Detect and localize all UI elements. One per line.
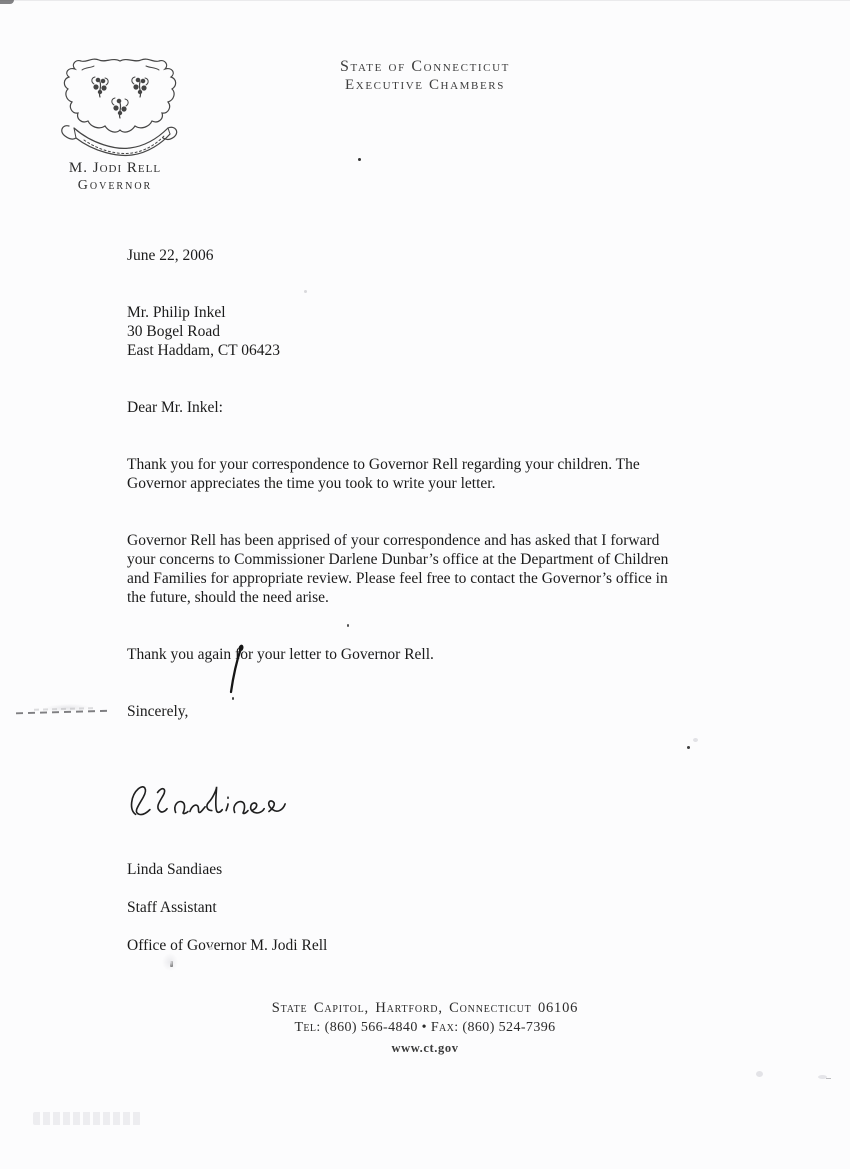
letter-body: June 22, 2006 Mr. Philip Inkel 30 Bogel …: [127, 227, 767, 974]
governor-title: Governor: [25, 178, 205, 194]
faint-watermark-artifact: [33, 1112, 141, 1125]
scan-speck: [693, 738, 698, 742]
scan-speck: [756, 1071, 763, 1077]
letter-date: June 22, 2006: [127, 246, 767, 265]
footer-website: www.ct.gov: [0, 1041, 850, 1056]
closing: Sincerely,: [127, 702, 767, 721]
pen-slash-artifact: [226, 640, 248, 698]
scan-speck: [162, 953, 178, 971]
handwritten-signature: [124, 782, 292, 822]
recipient-address: Mr. Philip Inkel 30 Bogel Road East Hadd…: [127, 303, 767, 360]
scan-corner-artifact: [0, 0, 14, 4]
scan-speck: [826, 1078, 831, 1079]
scan-speck: [304, 290, 307, 293]
letterhead-official: M. Jodi Rell Governor: [25, 160, 205, 194]
signer-office: Office of Governor M. Jodi Rell: [127, 936, 767, 955]
scan-speck: [687, 746, 690, 749]
paragraph-3: Thank you again for your letter to Gover…: [127, 645, 767, 664]
letterhead-state-line: State of Connecticut: [0, 58, 850, 76]
scan-speck: [232, 697, 234, 700]
paragraph-1: Thank you for your correspondence to Gov…: [127, 455, 767, 493]
scan-speck: [209, 947, 213, 950]
footer-phone: Tel: (860) 566-4840 • Fax: (860) 524-739…: [0, 1020, 850, 1036]
letterhead-chambers-line: Executive Chambers: [0, 77, 850, 94]
scan-speck: [347, 624, 349, 627]
scan-speck: [358, 158, 361, 161]
pencil-smudge-artifact: [16, 707, 110, 719]
letter-footer: State Capitol, Hartford, Connecticut 061…: [0, 1000, 850, 1056]
letter-page: State of Connecticut Executive Chambers …: [0, 0, 850, 1169]
letterhead-agency: State of Connecticut Executive Chambers: [0, 58, 850, 94]
paragraph-2: Governor Rell has been apprised of your …: [127, 531, 767, 607]
signer-name: Linda Sandiaes: [127, 860, 767, 879]
scan-top-edge-artifact: [0, 0, 850, 1]
governor-name: M. Jodi Rell: [25, 160, 205, 177]
signer-title: Staff Assistant: [127, 898, 767, 917]
footer-address: State Capitol, Hartford, Connecticut 061…: [0, 1000, 850, 1017]
salutation: Dear Mr. Inkel:: [127, 398, 767, 417]
